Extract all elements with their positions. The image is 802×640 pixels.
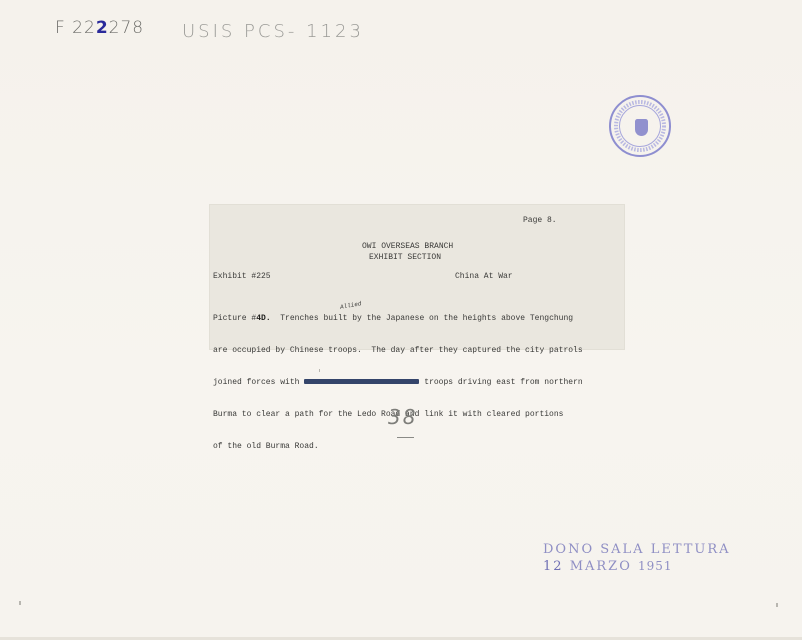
caption-text-line: Trenches built by the Japanese on the he… [280, 314, 573, 323]
caption-line-1: Picture #4D. Trenches built by the Japan… [213, 313, 623, 323]
paper-speck [19, 601, 21, 605]
donation-month: MARZO [570, 559, 632, 574]
sequence-number: 38 [388, 405, 417, 429]
struck-out-text: American-Chinese-British [304, 379, 419, 384]
caption-line-5: of the old Burma Road. [213, 441, 623, 451]
heading-section: EXHIBIT SECTION [369, 252, 441, 263]
exhibit-number: Exhibit #225 [213, 271, 271, 282]
paper-speck [776, 603, 778, 607]
donation-date: 12 MARZO 1951 [543, 558, 731, 575]
caption-text: Picture #4D. Trenches built by the Japan… [213, 291, 623, 473]
caption-line-4: Burma to clear a path for the Ledo Road … [213, 409, 623, 419]
sequence-underline [397, 437, 414, 438]
caption-text-line: joined forces with [213, 378, 299, 387]
heading-branch: OWI OVERSEAS BRANCH [362, 241, 453, 252]
caption-label: Page 8. OWI OVERSEAS BRANCH EXHIBIT SECT… [210, 205, 624, 349]
page-number: Page 8. [523, 215, 557, 226]
caption-line-3: joined forces with American-Chinese-Brit… [213, 377, 623, 387]
photo-verso-page: F 222278 USIS PCS- 1123 Page 8. OWI OVER… [0, 0, 802, 640]
catalog-ref-prefix: F 22 [55, 18, 96, 38]
donation-line: DONO SALA LETTURA [543, 541, 731, 558]
donation-day: 12 [543, 559, 564, 574]
donation-stamp: DONO SALA LETTURA 12 MARZO 1951 [543, 541, 731, 575]
catalog-reference: F 222278 [55, 18, 144, 38]
shield-emblem-icon [635, 119, 648, 136]
picture-number: 4D. [256, 314, 270, 323]
library-stamp [609, 95, 671, 157]
catalog-ref-suffix: 278 [109, 18, 144, 38]
caption-line-2: are occupied by Chinese troops. The day … [213, 345, 623, 355]
usis-reference: USIS PCS- 1123 [182, 21, 364, 42]
catalog-ref-correction: 2 [96, 18, 109, 38]
caption-text-line: troops driving east from northern [424, 378, 582, 387]
paper-speck [319, 369, 320, 372]
stamp-inner-ring [619, 105, 661, 147]
donation-year: 1951 [638, 559, 673, 573]
exhibit-series: China At War [455, 271, 513, 282]
picture-label: Picture # [213, 314, 256, 323]
